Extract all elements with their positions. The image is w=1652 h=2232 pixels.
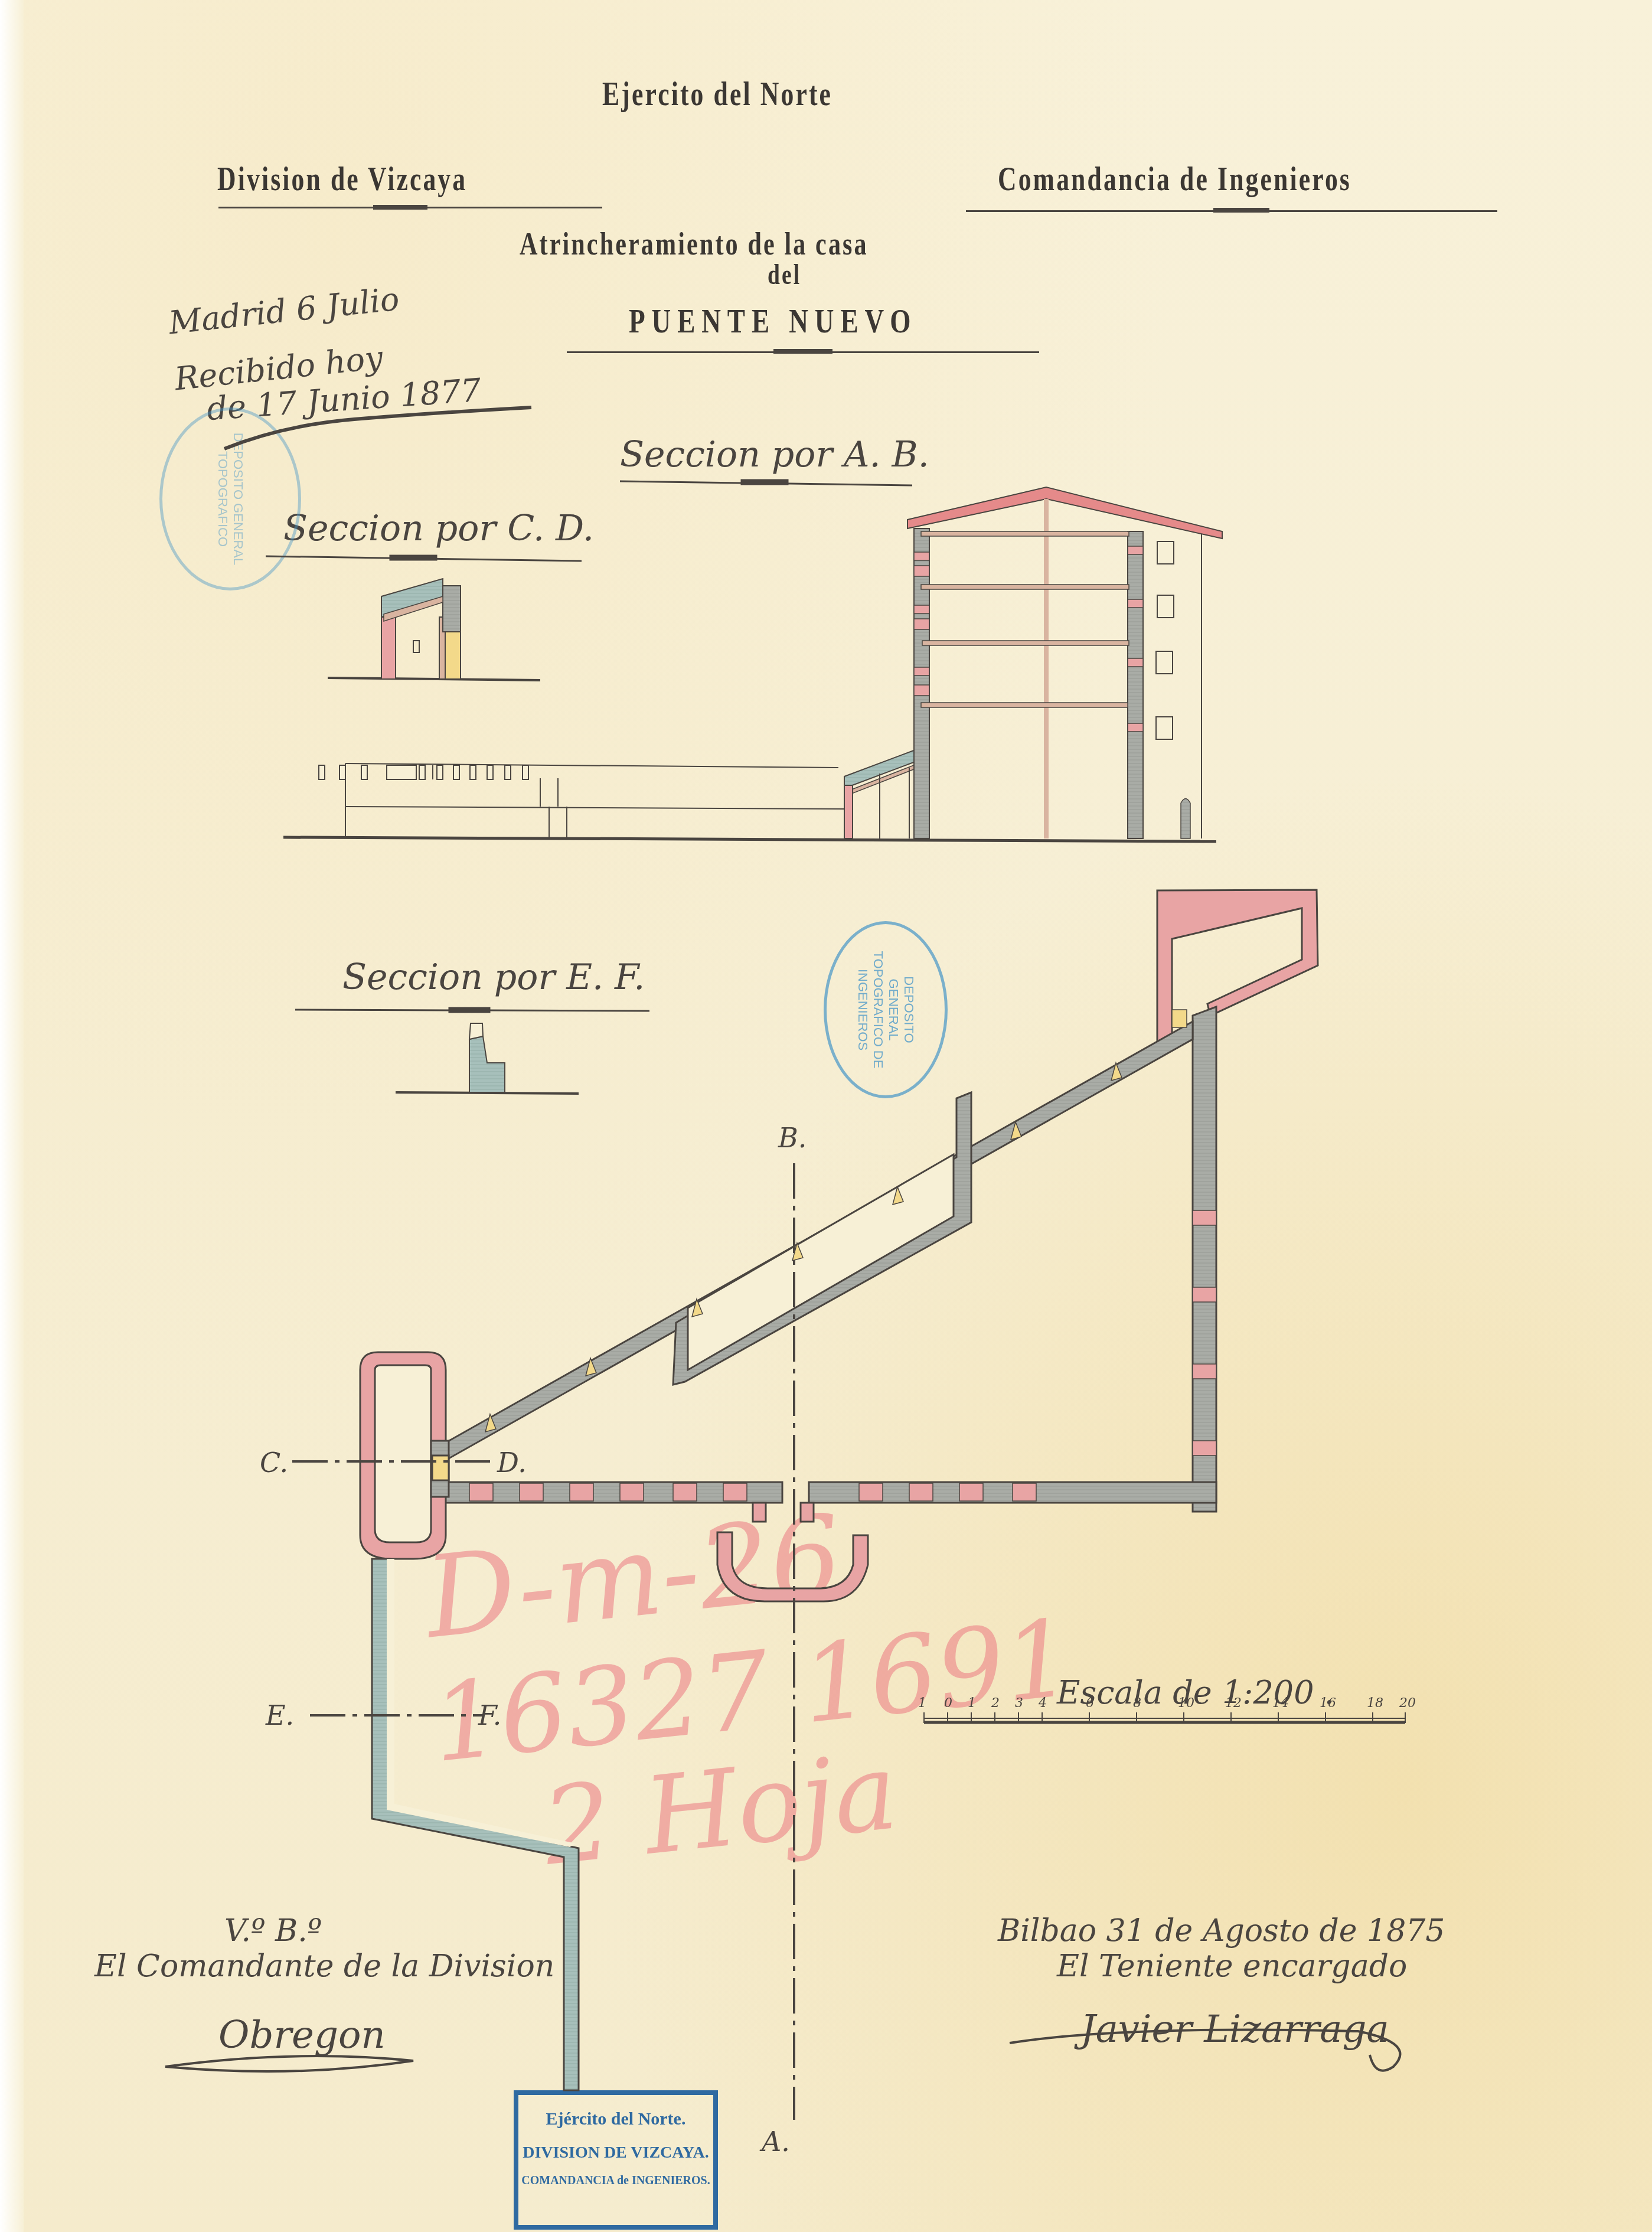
label-b: B. [778,1122,807,1154]
scale-ticks: 1 0 1 2 3 4 6 8 10 12 14 16 18 20 [918,1696,1414,1714]
scale-tick: 1 [918,1696,926,1711]
label-a: A. [762,2126,790,2158]
label-c: C. [260,1447,288,1479]
scale-tick: 18 [1367,1696,1383,1711]
scale-tick: 0 [944,1696,952,1711]
section-cd-drawing [328,579,540,680]
scale-bar [924,1712,1405,1723]
label-f: F. [478,1699,501,1731]
drawing-canvas [0,0,1652,2232]
label-d: D. [497,1447,527,1479]
scale-tick: 16 [1320,1696,1336,1711]
section-ab-drawing [283,487,1222,841]
scale-tick: 12 [1225,1696,1242,1711]
scale-tick: 10 [1178,1696,1194,1711]
loophole-wedges [485,1010,1187,1432]
scale-tick: 20 [1399,1696,1416,1711]
scale-tick: 6 [1086,1696,1094,1711]
scale-tick: 8 [1133,1696,1141,1711]
section-ef-drawing [396,1023,579,1094]
scale-tick: 3 [1015,1696,1023,1711]
label-e: E. [266,1699,294,1731]
scale-tick: 4 [1039,1696,1047,1711]
scale-tick: 14 [1272,1696,1289,1711]
scale-tick: 1 [968,1696,976,1711]
section-rules [266,479,912,1013]
scale-tick: 2 [991,1696,1000,1711]
